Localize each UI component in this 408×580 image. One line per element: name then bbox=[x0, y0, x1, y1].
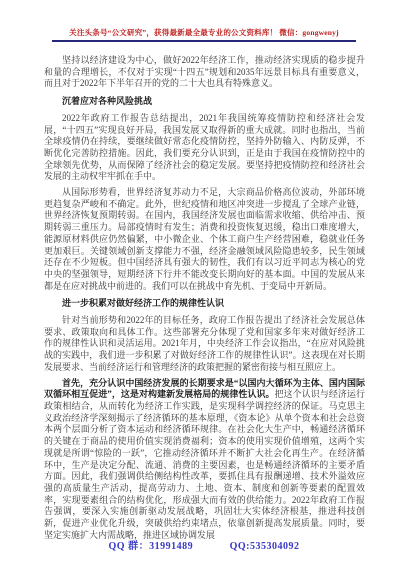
qq-group-number: QQ 群：31991489 bbox=[109, 541, 194, 552]
document-body: 坚持以经济建设为中心，做好2022年经济工作，推动经济实现质的稳步提升和量的合理… bbox=[44, 55, 365, 541]
page-header-banner: 关注头条号“公文研究”，获得最新最全最专业的公文资料库！ 微信：gongweny… bbox=[52, 27, 356, 42]
paragraph: 2022年政府工作报告总结提出，2021年我国统筹疫情防控和经济社会发展，“十四… bbox=[44, 113, 365, 183]
paragraph: 首先，充分认识中国经济发展的长期要求是“以国内大循环为主体、国内国际双循环相互促… bbox=[44, 378, 365, 542]
section-heading: 进一步积累对做好经济工作的规律性认识 bbox=[44, 298, 365, 310]
document-page: 关注头条号“公文研究”，获得最新最全最专业的公文资料库！ 微信：gongweny… bbox=[0, 0, 408, 580]
qq-number: QQ:535304092 bbox=[230, 541, 300, 552]
paragraph: 坚持以经济建设为中心，做好2022年经济工作，推动经济实现质的稳步提升和量的合理… bbox=[44, 55, 365, 90]
page-footer: QQ 群：31991489 QQ:535304092 bbox=[0, 537, 408, 552]
paragraph: 针对当前形势和2022年的目标任务，政府工作报告提出了经济社会发展总体要求、政策… bbox=[44, 315, 365, 374]
paragraph: 从国际形势看，世界经济复苏动力不足，大宗商品价格高位波动，外部环境更趋复杂严峻和… bbox=[44, 187, 365, 292]
section-heading: 沉着应对各种风险挑战 bbox=[44, 96, 365, 108]
paragraph-bold-lead: 首先，充分认识中国经济发展的长期要求是“以国内大循环为主体、国内国际双循环相互促… bbox=[44, 378, 365, 400]
